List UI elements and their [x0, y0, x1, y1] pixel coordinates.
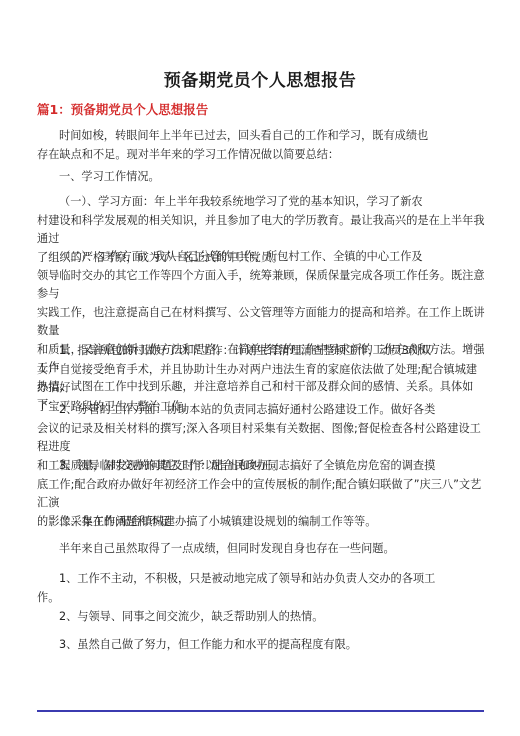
section-subheading: 篇1：预备期党员个人思想报告 — [37, 100, 208, 118]
paragraph-problem-2: 2、与领导、同事之间交流少，缺乏帮助别人的热情。 — [37, 608, 487, 627]
paragraph-problem-1: 1、工作不主动，不积极，只是被动地完成了领导和站办负责人交办的各项工 作。 — [37, 570, 487, 607]
text-line: 领导临时交办的其它工作等四个方面入手，统筹兼顾，保质保量完成各项工作任务。既注意… — [37, 267, 487, 304]
text-line: 半年来自己虽然取得了一点成绩，但同时发现自身也存在一些问题。 — [37, 540, 487, 559]
text-line: 1、指导所包的村做好了以下工作：计划生育清理清查整顿工作，动员3例双 — [37, 342, 487, 361]
text-line: （一）、学习方面：年上半年我较系统地学习了党的基本知识，学习了新农 — [37, 193, 487, 212]
text-line: 作。 — [37, 589, 487, 608]
text-line: 二、存在的问题和不足 — [37, 513, 487, 532]
paragraph-problems-intro: 半年来自己虽然取得了一点成绩，但同时发现自身也存在一些问题。 — [37, 540, 487, 559]
heading-problems: 二、存在的问题和不足 — [37, 513, 487, 532]
text-line: 3、领导临时交办的其它工作：配合民政办同志搞好了全镇危房危窑的调查摸 — [37, 457, 487, 476]
text-line: 2、与领导、同事之间交流少，缺乏帮助别人的热情。 — [37, 608, 487, 627]
paragraph-intro: 时间如梭，转眼间年上半年已过去，回头看自己的工作和学习，既有成绩也 存在缺点和不… — [37, 127, 487, 164]
text-line: 女户自觉接受绝育手术，并且协助计生办对两户违法生育的家庭依法做了处理;配合镇城建… — [37, 361, 487, 398]
footer-divider — [37, 710, 484, 712]
document-title: 预备期党员个人思想报告 — [0, 66, 520, 91]
text-line: 存在缺点和不足。现对半年来的学习工作情况做以简要总结： — [37, 146, 487, 165]
text-line: 2、分管的工作方面：协助本站的负责同志搞好通村公路建设工作。做好各类 — [37, 401, 487, 420]
text-line: 实践工作，也注意提高自己在材料撰写、公文管理等方面能力的提高和培养。在工作上既讲… — [37, 304, 487, 341]
paragraph-problem-3: 3、虽然自己做了努力，但工作能力和水平的提高程度有限。 — [37, 636, 487, 655]
text-line: 3、虽然自己做了努力，但工作能力和水平的提高程度有限。 — [37, 636, 487, 655]
text-line: 时间如梭，转眼间年上半年已过去，回头看自己的工作和学习，既有成绩也 — [37, 127, 487, 146]
text-line: 底工作;配合政府办做好年初经济工作会中的宣传展板的制作;配合镇妇联做了”庆三八”… — [37, 476, 487, 513]
text-line: 会议的记录及相关材料的撰写;深入各项目村采集有关数据、图像;督促检查各村公路建设… — [37, 420, 487, 457]
text-line: 一、学习工作情况。 — [37, 168, 487, 187]
heading-study-work: 一、学习工作情况。 — [37, 168, 487, 187]
document-page: 预备期党员个人思想报告 篇1：预备期党员个人思想报告 时间如梭，转眼间年上半年已… — [0, 0, 520, 736]
text-line: 1、工作不主动，不积极，只是被动地完成了领导和站办负责人交办的各项工 — [37, 570, 487, 589]
text-line: 村建设和科学发展观的相关知识，并且参加了电大的学历教育。最让我高兴的是在上半年我… — [37, 212, 487, 249]
text-line: （二）、工作方面：我从自己分管的工作、所包村工作、全镇的中心工作及 — [37, 248, 487, 267]
